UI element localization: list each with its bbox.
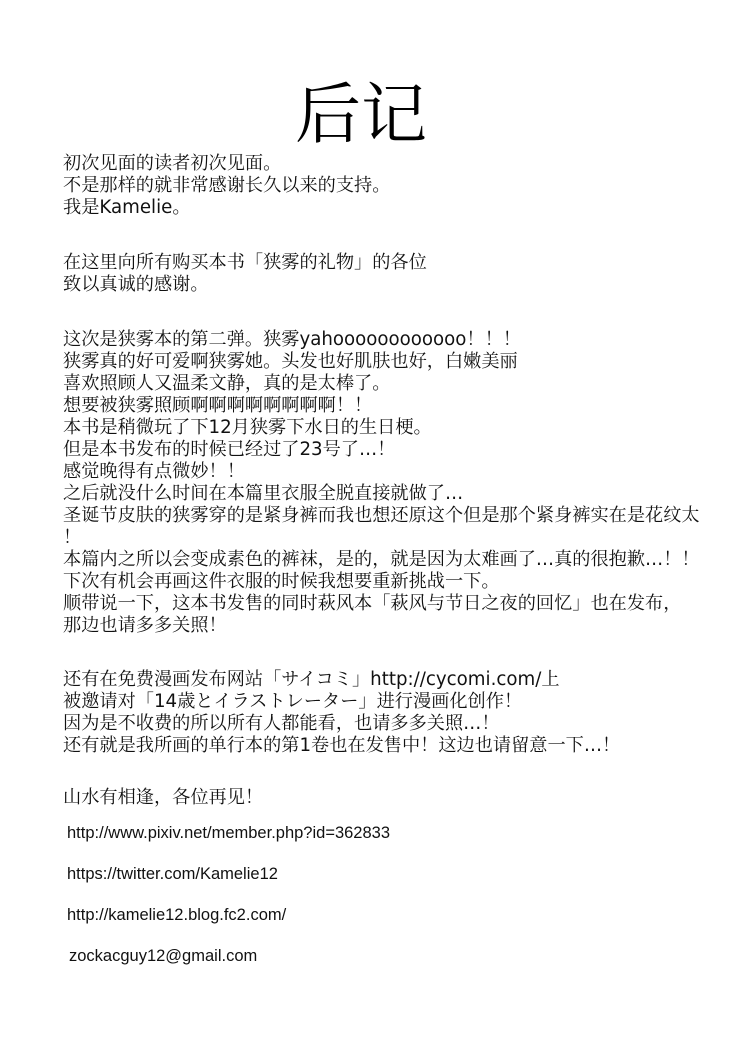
text-line: 在这里向所有购买本书「狭雾的礼物」的各位 <box>63 252 427 274</box>
text-line: 本书是稍微玩了下12月狭雾下水日的生日梗。 <box>63 417 432 439</box>
text-line: 山水有相逢，各位再见！ <box>63 787 263 809</box>
text-line: 但是本书发布的时候已经过了23号了…！ <box>63 439 395 461</box>
page-title: 后记 <box>0 70 722 160</box>
text-line: 狭雾真的好可爱啊狭雾她。头发也好肌肤也好，白嫩美丽 <box>63 351 518 373</box>
text-line: 我是Kamelie。 <box>63 197 191 219</box>
text-line: 致以真诚的感谢。 <box>63 274 209 296</box>
text-line: ！ <box>63 527 81 549</box>
pixiv-link: http://www.pixiv.net/member.php?id=36283… <box>67 822 390 844</box>
text-line: 因为是不收费的所以所有人都能看，也请多多关照…！ <box>63 713 500 735</box>
text-line: 之后就没什么时间在本篇里衣服全脱直接就做了… <box>63 483 463 505</box>
text-line: 下次有机会再画这件衣服的时候我想要重新挑战一下。 <box>63 571 500 593</box>
text-line: 这次是狭雾本的第二弹。狭雾yahoooooooooooo！！！ <box>63 329 521 351</box>
email-address: zockacguy12@gmail.com <box>69 945 257 967</box>
text-line: 被邀请对「14歳とイラストレーター」进行漫画化创作！ <box>63 691 522 713</box>
text-line: 圣诞节皮肤的狭雾穿的是紧身裤而我也想还原这个但是那个紧身裤实在是花纹太 <box>63 505 700 527</box>
text-line: 想要被狭雾照顾啊啊啊啊啊啊啊啊！！ <box>63 395 372 417</box>
text-line: 不是那样的就非常感谢长久以来的支持。 <box>63 175 390 197</box>
twitter-link: https://twitter.com/Kamelie12 <box>67 863 278 885</box>
text-line: 初次见面的读者初次见面。 <box>63 153 281 175</box>
text-line: 顺带说一下，这本书发售的同时萩风本「萩风与节日之夜的回忆」也在发布， <box>63 593 681 615</box>
text-line: 本篇内之所以会变成素色的裤袜，是的，就是因为太难画了…真的很抱歉…！！ <box>63 549 700 571</box>
blog-link: http://kamelie12.blog.fc2.com/ <box>67 904 286 926</box>
text-line: 还有就是我所画的单行本的第1卷也在发售中！这边也请留意一下…！ <box>63 735 620 757</box>
text-line: 喜欢照顾人又温柔文静，真的是太棒了。 <box>63 373 390 395</box>
text-line: 那边也请多多关照！ <box>63 615 227 637</box>
text-line: 还有在免费漫画发布网站「サイコミ」http://cycomi.com/上 <box>63 669 560 691</box>
text-line: 感觉晚得有点微妙！！ <box>63 461 245 483</box>
